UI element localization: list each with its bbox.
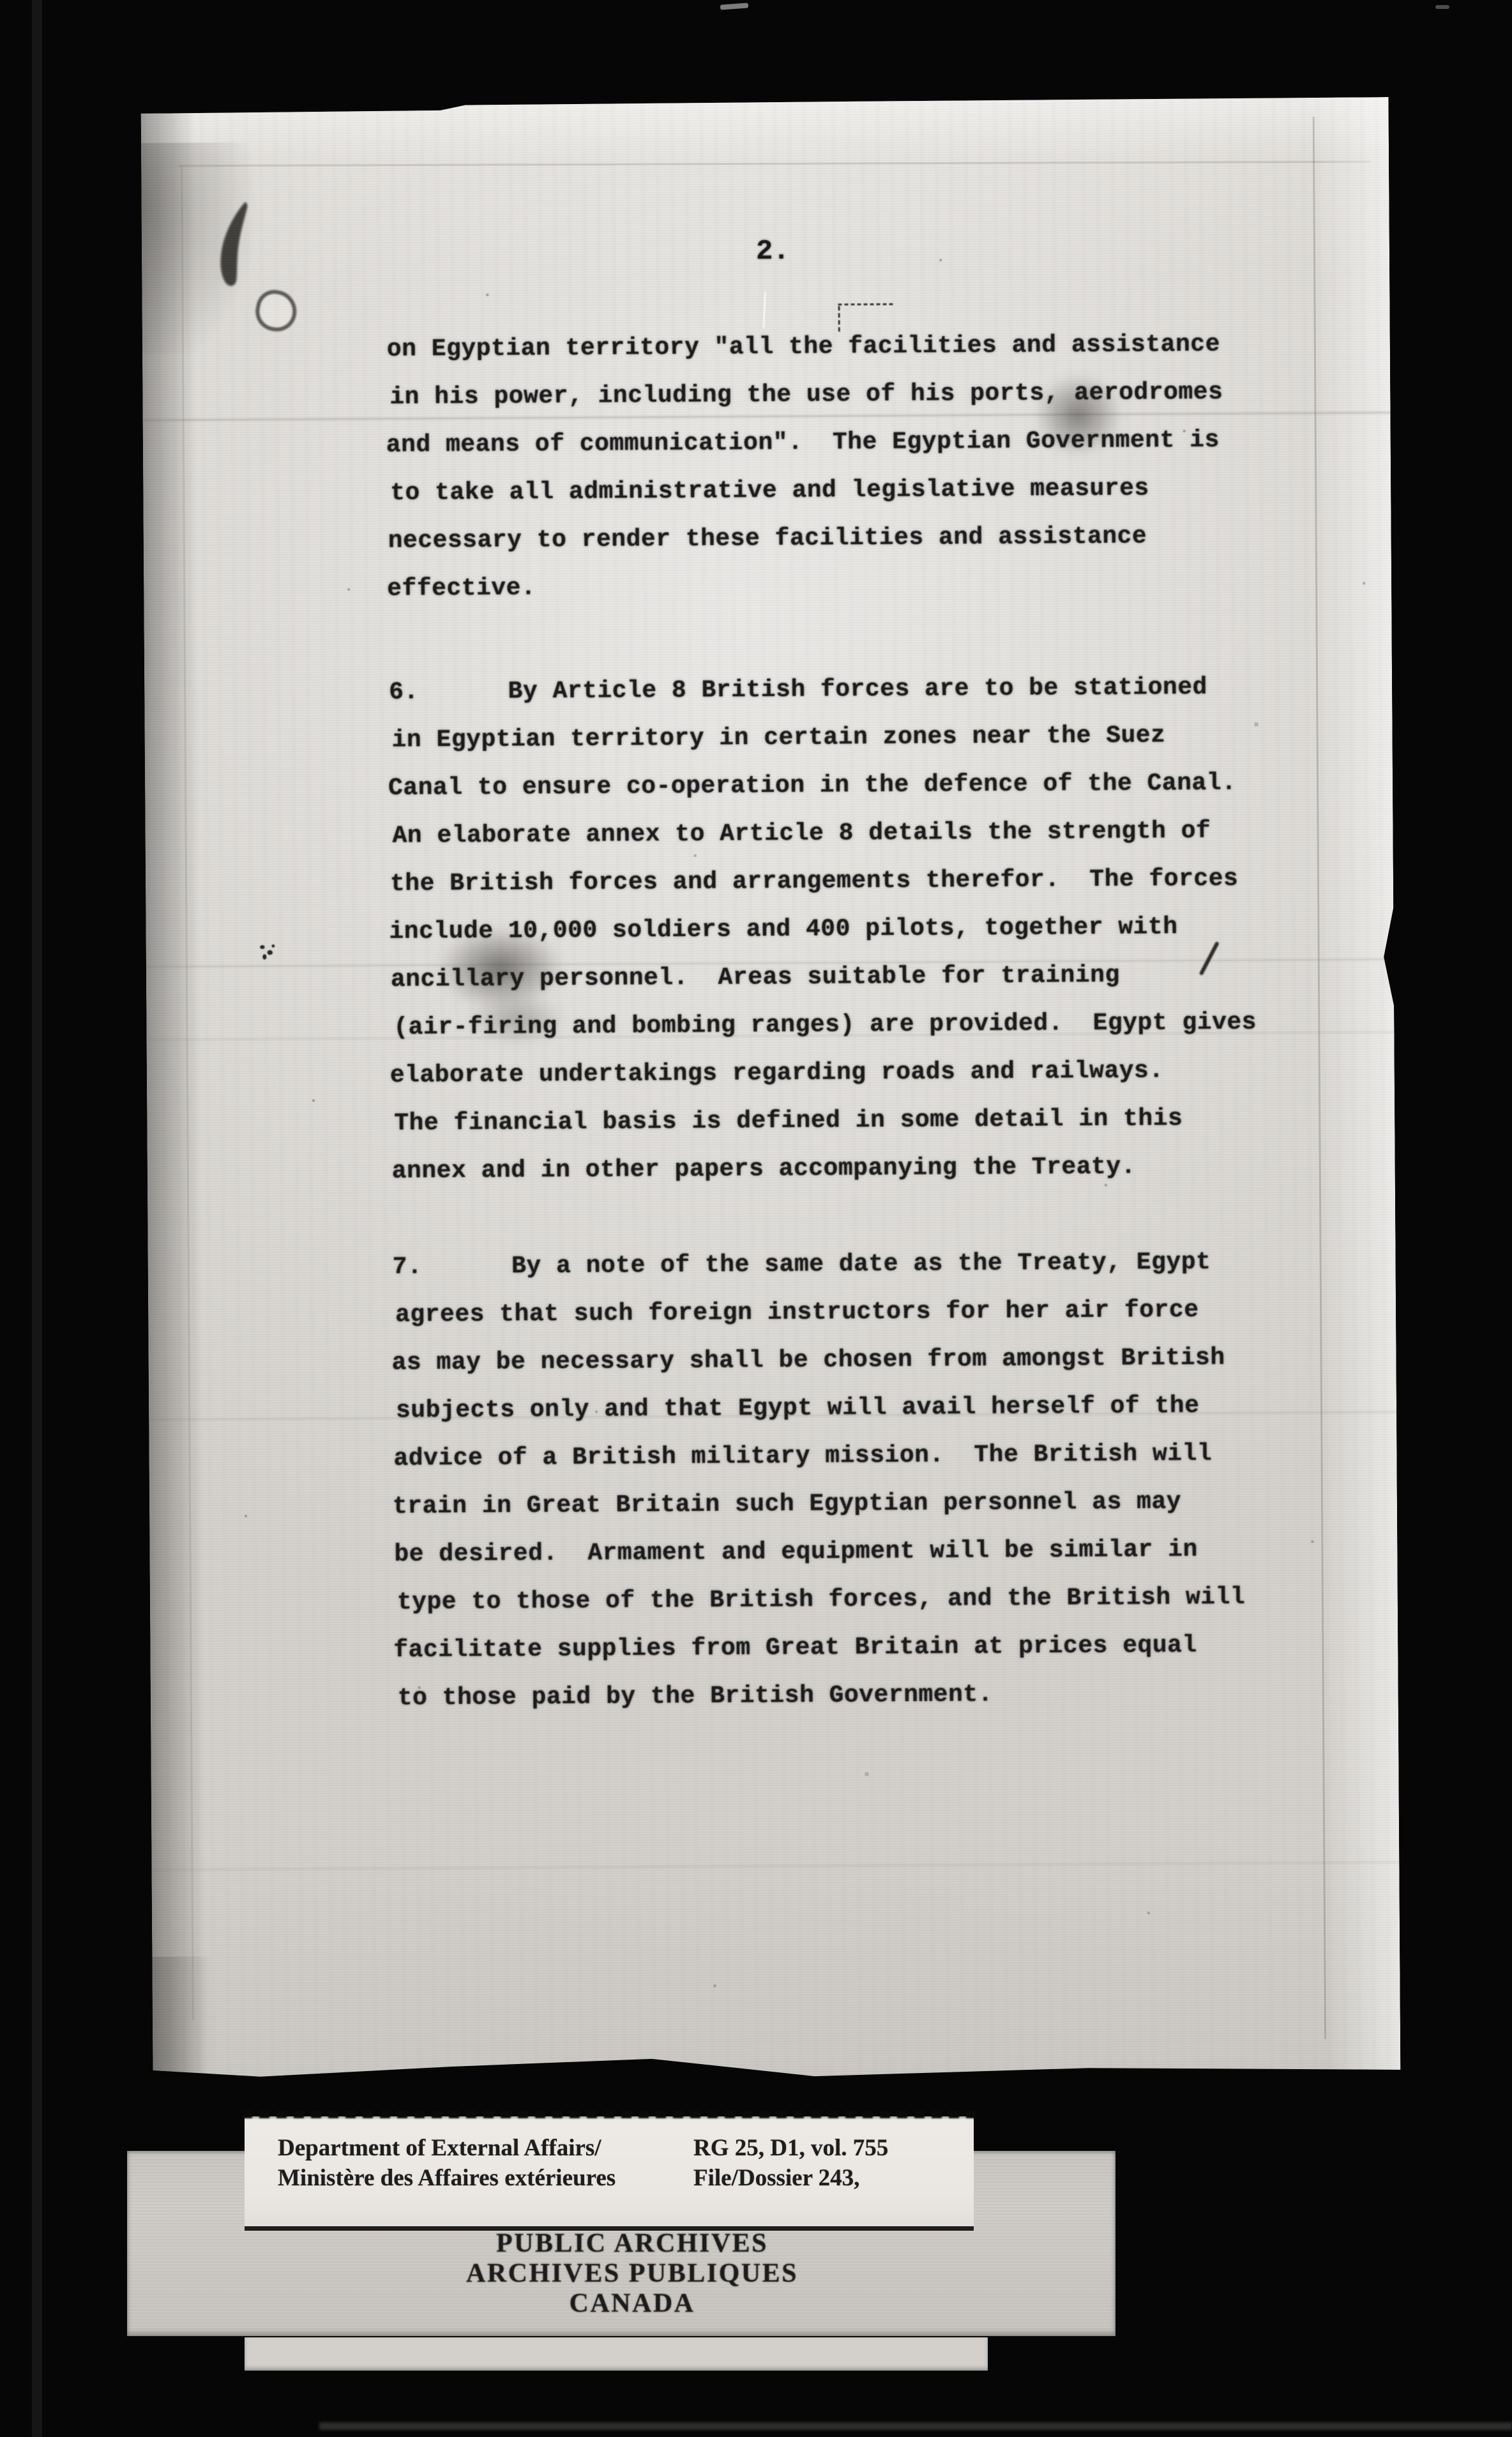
ink-blot-hook-mark [210,201,252,294]
archive-reference-column: RG 25, D1, vol. 755 File/Dossier 243, [693,2133,888,2193]
horizontal-crease [151,1861,1399,1871]
film-edge-stripe [32,0,42,2437]
typed-line: to take all administrative and legislati… [390,464,1223,517]
typed-line: facilitate supplies from Great Britain a… [393,1621,1246,1674]
typed-line: necessary to render these facilities and… [388,512,1224,565]
typed-line: 6. By Article 8 British forces are to be… [389,663,1255,716]
typed-line: on Egyptian territory "all the facilitie… [387,321,1223,374]
typed-line: as may be necessary shall be chosen from… [391,1333,1244,1386]
typed-line: ancillary personnel. Areas suitable for … [391,950,1257,1003]
page-number: 2. [756,228,790,276]
pencil-bracket-mark-horizontal [838,303,893,306]
typed-line: in Egyptian territory in certain zones n… [391,711,1255,764]
public-archives-stamp: PUBLIC ARCHIVES ARCHIVES PUBLIQUES CANAD… [358,2229,907,2319]
reference-file: File/Dossier 243, [693,2163,888,2193]
paragraph-6: 6. By Article 8 British forces are to be… [389,663,1258,1195]
typed-line: Canal to ensure co-operation in the defe… [388,759,1255,812]
typed-line: 7. By a note of the same date as the Tre… [392,1238,1243,1291]
typed-line: agrees that such foreign instructors for… [395,1286,1244,1339]
typed-line: train in Great Britain such Egyptian per… [393,1477,1245,1530]
typed-line: and means of communication". The Egyptia… [386,416,1223,469]
document-page: 2. on Egyptian territory "all the facili… [141,97,1401,2081]
typed-line: The financial basis is defined in some d… [394,1094,1257,1147]
typed-line: elaborate undertakings regarding roads a… [390,1046,1257,1099]
typed-line: in his power, including the use of his p… [389,368,1223,421]
page-bottom-left-shadow [152,1956,213,2081]
label-bottom-strip [245,2337,988,2371]
typed-line: annex and in other papers accompanying t… [392,1142,1258,1195]
dust-speckles [141,105,142,106]
hook-shape [220,202,248,286]
film-bottom-streak [319,2422,1512,2430]
paragraph-7: 7. By a note of the same date as the Tre… [392,1238,1246,1722]
typed-line: An elaborate annex to Article 8 details … [392,807,1255,860]
paragraph-continuation: on Egyptian territory "all the facilitie… [387,321,1225,613]
archive-reference-label: Department of External Affairs/ Ministèr… [245,2116,974,2231]
department-name-fr: Ministère des Affaires extérieures [278,2163,616,2193]
typed-line: (air-firing and bombing ranges) are prov… [393,998,1257,1051]
stamp-line-fr: ARCHIVES PUBLIQUES [358,2259,907,2289]
page-top-highlight [141,97,1389,165]
typed-line: the British forces and arrangements ther… [390,854,1256,907]
department-name-column: Department of External Affairs/ Ministèr… [278,2133,616,2193]
typed-line: to those paid by the British Government. [398,1669,1246,1722]
stamp-line-en: PUBLIC ARCHIVES [358,2229,907,2259]
typed-line: advice of a British military mission. Th… [393,1429,1244,1482]
typed-line: include 10,000 soldiers and 400 pilots, … [389,902,1256,955]
page-right-highlight [1315,97,1401,2074]
ink-squiggle-mark [256,941,278,962]
department-name-en: Department of External Affairs/ [278,2133,616,2163]
reference-volume: RG 25, D1, vol. 755 [693,2133,888,2163]
typed-line: be desired. Armament and equipment will … [394,1525,1245,1578]
typed-line: type to those of the British forces, and… [397,1573,1246,1626]
film-scratch [1435,5,1449,9]
stamp-line-country: CANADA [358,2289,907,2319]
microfilm-scan: { "document": { "page_number": "2.", "pa… [0,0,1512,2437]
typed-line: effective. [387,560,1224,613]
film-scratch [720,3,748,10]
typed-line: subjects only and that Egypt will avail … [396,1381,1244,1434]
page-left-shadow [141,104,208,2081]
